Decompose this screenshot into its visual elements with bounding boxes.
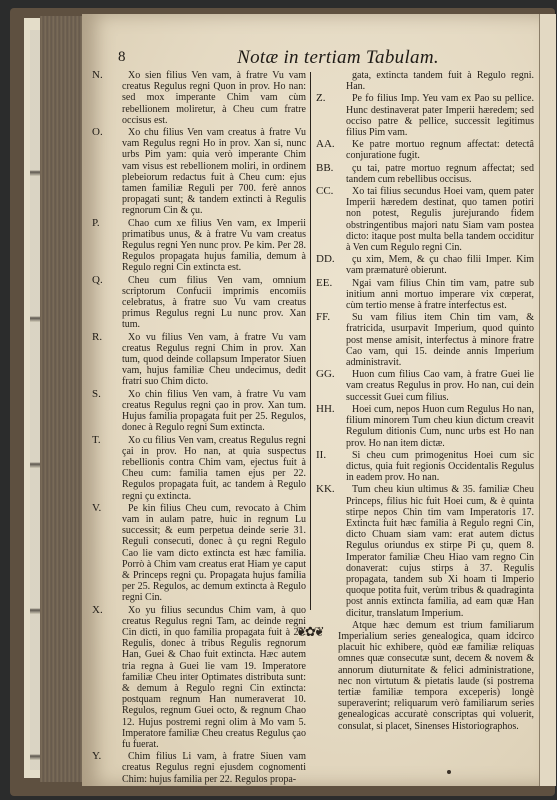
note-key: DD. bbox=[316, 254, 335, 265]
note-key: Q. bbox=[92, 275, 103, 286]
note-entry: Y.Chim filius Li vam, à fratre Siuen vam… bbox=[92, 751, 306, 785]
closing-paragraph: Atque hæc demum est trium familiarum Imp… bbox=[316, 620, 534, 732]
note-text: Xo tai filius secundus Hoei vam, quem pa… bbox=[346, 186, 534, 253]
note-entry: T.Xo cu filius Ven vam, creatus Regulus … bbox=[92, 435, 306, 502]
note-entry: V.Pe kin filius Cheu cum, revocato à Chi… bbox=[92, 503, 306, 604]
note-text: Huon cum filius Cao vam, à fratre Guei l… bbox=[346, 369, 534, 403]
note-key: EE. bbox=[316, 278, 332, 289]
column-divider bbox=[310, 72, 311, 610]
note-key: Y. bbox=[92, 751, 101, 762]
note-text: Xo vu filius Ven vam, à fratre Vu vam cr… bbox=[122, 332, 306, 388]
note-text: Si cheu cum primogenitus Hoei cum sic di… bbox=[346, 450, 534, 484]
note-key: CC. bbox=[316, 186, 333, 197]
note-entry: CC.Xo tai filius secundus Hoei vam, quem… bbox=[316, 186, 534, 253]
note-text: Pe fo filius Imp. Yeu vam ex Pao su pell… bbox=[346, 93, 534, 138]
right-column: gata, extincta tandem fuit à Regulo regn… bbox=[316, 70, 534, 732]
note-key: N. bbox=[92, 70, 103, 81]
note-key: Z. bbox=[316, 93, 325, 104]
note-key: V. bbox=[92, 503, 101, 514]
note-entry: DD.çu xim, Mem, & çu chao filii Imper. K… bbox=[316, 254, 534, 276]
note-entry: X.Xo yu filius secundus Chim vam, à quo … bbox=[92, 605, 306, 751]
note-text: Xo sien filius Ven vam, à fratre Vu vam … bbox=[122, 70, 306, 126]
note-key: BB. bbox=[316, 163, 333, 174]
note-text: Cheu cum filius Ven vam, omnium scriptor… bbox=[122, 275, 306, 331]
note-key: X. bbox=[92, 605, 103, 616]
note-entry: BB.çu tai, patre mortuo regnum affectat;… bbox=[316, 163, 534, 185]
left-column: N.Xo sien filius Ven vam, à fratre Vu va… bbox=[92, 70, 306, 786]
note-key: GG. bbox=[316, 369, 335, 380]
note-text: Xo chu filius Ven vam creatus à fratre V… bbox=[122, 127, 306, 217]
note-entry: KK.Tum cheu kiun ultimus & 35. familiæ C… bbox=[316, 484, 534, 618]
note-text: Chim filius Li vam, à fratre Siuen vam c… bbox=[122, 751, 306, 785]
note-text: Ke patre mortuo regnum affectat: detectâ… bbox=[346, 139, 534, 161]
note-text: çu tai, patre mortuo regnum affectat; se… bbox=[346, 163, 534, 185]
note-entry: GG.Huon cum filius Cao vam, à fratre Gue… bbox=[316, 369, 534, 403]
signature-mark: B ij bbox=[185, 672, 198, 682]
note-entry: S.Xo chin filius Ven vam, à fratre Vu va… bbox=[92, 389, 306, 434]
note-entry: Z.Pe fo filius Imp. Yeu vam ex Pao su pe… bbox=[316, 93, 534, 138]
note-text: Su vam filius item Chin tim vam, & fratr… bbox=[346, 312, 534, 368]
note-key: FF. bbox=[316, 312, 330, 323]
note-text: çu xim, Mem, & çu chao filii Imper. Kim … bbox=[346, 254, 534, 276]
note-key: P. bbox=[92, 218, 100, 229]
note-text: gata, extincta tandem fuit à Regulo regn… bbox=[346, 70, 534, 92]
note-key: R. bbox=[92, 332, 102, 343]
note-entry: N.Xo sien filius Ven vam, à fratre Vu va… bbox=[92, 70, 306, 126]
note-entry: Q.Cheu cum filius Ven vam, omnium script… bbox=[92, 275, 306, 331]
note-text: Tum cheu kiun ultimus & 35. familiæ Cheu… bbox=[346, 484, 534, 618]
note-entry: HH.Hoei cum, nepos Huon cum Regulus Ho n… bbox=[316, 404, 534, 449]
page-edges bbox=[40, 16, 84, 782]
note-key: HH. bbox=[316, 404, 335, 415]
printer-ornament-icon: ❦✿❦ bbox=[296, 624, 323, 640]
note-key: II. bbox=[316, 450, 326, 461]
note-text: Xo chin filius Ven vam, à fratre Vu vam … bbox=[122, 389, 306, 434]
note-key: S. bbox=[92, 389, 101, 400]
note-key: KK. bbox=[316, 484, 335, 495]
facing-page-edge bbox=[539, 14, 556, 786]
note-entry: gata, extincta tandem fuit à Regulo regn… bbox=[316, 70, 534, 92]
note-entry: R.Xo vu filius Ven vam, à fratre Vu vam … bbox=[92, 332, 306, 388]
note-entry: EE.Ngai vam filius Chin tim vam, patre s… bbox=[316, 278, 534, 312]
note-entry: FF.Su vam filius item Chin tim vam, & fr… bbox=[316, 312, 534, 368]
note-text: Xo cu filius Ven vam, creatus Regulus re… bbox=[122, 435, 306, 502]
note-text: Xo yu filius secundus Chim vam, à quo cr… bbox=[122, 605, 306, 751]
note-entry: AA.Ke patre mortuo regnum affectat: dete… bbox=[316, 139, 534, 161]
note-text: Hoei cum, nepos Huon cum Regulus Ho nan,… bbox=[346, 404, 534, 449]
note-entry: O.Xo chu filius Ven vam creatus à fratre… bbox=[92, 127, 306, 217]
note-entry: P.Chao cum xe filius Ven vam, ex Imperii… bbox=[92, 218, 306, 274]
running-title: Notæ in tertiam Tabulam. bbox=[178, 47, 498, 69]
note-text: Chao cum xe filius Ven vam, ex Imperii p… bbox=[122, 218, 306, 274]
note-entry: II.Si cheu cum primogenitus Hoei cum sic… bbox=[316, 450, 534, 484]
note-text: Ngai vam filius Chin tim vam, patre sub … bbox=[346, 278, 534, 312]
note-key: O. bbox=[92, 127, 103, 138]
note-key: AA. bbox=[316, 139, 335, 150]
note-text: Pe kin filius Cheu cum, revocato à Chim … bbox=[122, 503, 306, 604]
page-header: 8 Notæ in tertiam Tabulam. bbox=[118, 49, 538, 69]
note-key: T. bbox=[92, 435, 101, 446]
page-number: 8 bbox=[118, 49, 126, 66]
ink-stain bbox=[447, 770, 451, 774]
